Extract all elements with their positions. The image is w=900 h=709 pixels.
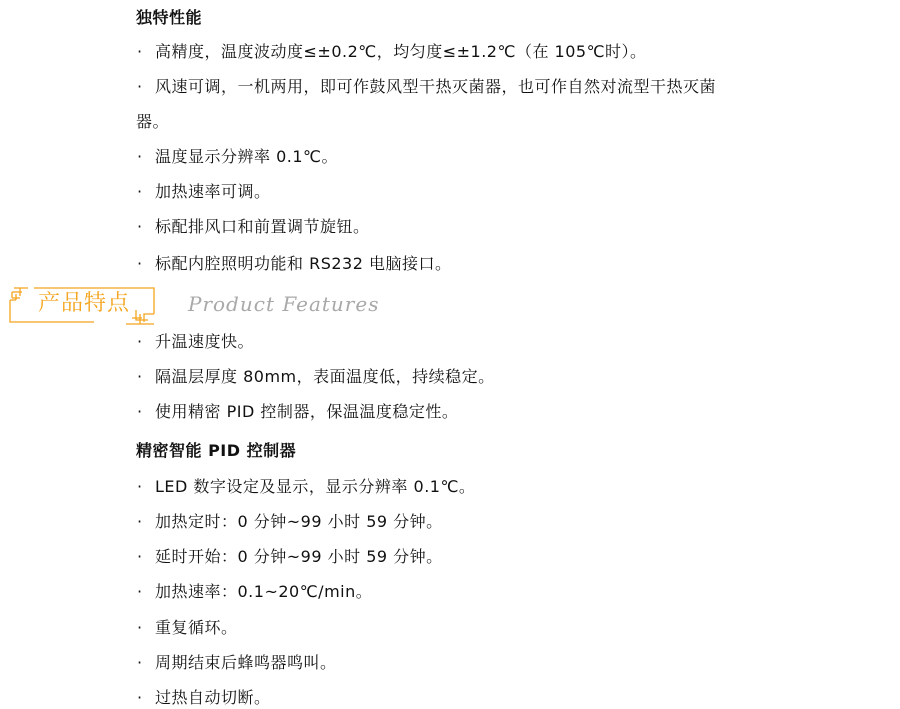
badge-label-cn: 产品特点 (38, 291, 130, 317)
list-item-text: 风速可调，一机两用，即可作鼓风型干热灭菌器，也可作自然对流型干热灭菌 (155, 77, 716, 96)
bullet-icon: · (137, 182, 155, 202)
list-item: ·标配内腔照明功能和 RS232 电脑接口。 (137, 254, 452, 274)
list-item: ·温度显示分辨率 0.1℃。 (137, 147, 338, 167)
bullet-icon: · (137, 147, 155, 167)
list-item: ·重复循环。 (137, 618, 238, 638)
list-item-text: LED 数字设定及显示，显示分辨率 0.1℃。 (155, 477, 475, 496)
list-item-text: 标配内腔照明功能和 RS232 电脑接口。 (155, 254, 452, 273)
list-item-text: 过热自动切断。 (155, 688, 271, 707)
bullet-icon: · (137, 512, 155, 532)
list-item: ·加热速率：0.1~20℃/min。 (137, 582, 372, 602)
list-item: ·过热自动切断。 (137, 688, 271, 708)
bullet-icon: · (137, 477, 155, 497)
list-item-text: 隔温层厚度 80mm，表面温度低，持续稳定。 (155, 367, 495, 386)
bullet-icon: · (137, 367, 155, 387)
list-item-text: 标配排风口和前置调节旋钮。 (155, 217, 370, 236)
list-item: ·使用精密 PID 控制器，保温温度稳定性。 (137, 402, 458, 422)
list-item: ·周期结束后蜂鸣器鸣叫。 (137, 653, 337, 673)
list-item: ·风速可调，一机两用，即可作鼓风型干热灭菌器，也可作自然对流型干热灭菌 (137, 77, 716, 97)
list-item-text: 加热速率：0.1~20℃/min。 (155, 582, 372, 601)
list-item-text: 高精度，温度波动度≤±0.2℃，均匀度≤±1.2℃（在 105℃时）。 (155, 42, 647, 61)
bullet-icon: · (137, 254, 155, 274)
section-title-pid-controller: 精密智能 PID 控制器 (136, 441, 296, 461)
bullet-icon: · (137, 618, 155, 638)
bullet-icon: · (137, 547, 155, 567)
list-item-text: 重复循环。 (155, 618, 238, 637)
bullet-icon: · (137, 582, 155, 602)
bullet-icon: · (137, 653, 155, 673)
bullet-icon: · (137, 42, 155, 62)
list-item: ·标配排风口和前置调节旋钮。 (137, 217, 370, 237)
list-item: ·高精度，温度波动度≤±0.2℃，均匀度≤±1.2℃（在 105℃时）。 (137, 42, 647, 62)
list-item-text: 使用精密 PID 控制器，保温温度稳定性。 (155, 402, 458, 421)
list-item-text: 周期结束后蜂鸣器鸣叫。 (155, 653, 337, 672)
list-item-continuation: 器。 (136, 112, 169, 132)
list-item-text: 加热定时：0 分钟~99 小时 59 分钟。 (155, 512, 443, 531)
list-item-text: 加热速率可调。 (155, 182, 271, 201)
list-item-text: 温度显示分辨率 0.1℃。 (155, 147, 338, 166)
bullet-icon: · (137, 217, 155, 237)
bullet-icon: · (137, 402, 155, 422)
list-item-text: 器。 (136, 112, 169, 131)
bullet-icon: · (137, 77, 155, 97)
bullet-icon: · (137, 688, 155, 708)
product-features-badge: 产品特点 (8, 286, 156, 324)
list-item: ·延时开始：0 分钟~99 小时 59 分钟。 (137, 547, 443, 567)
list-item-text: 升温速度快。 (155, 332, 254, 351)
list-item-text: 延时开始：0 分钟~99 小时 59 分钟。 (155, 547, 443, 566)
list-item: ·升温速度快。 (137, 332, 254, 352)
list-item: ·LED 数字设定及显示，显示分辨率 0.1℃。 (137, 477, 475, 497)
bullet-icon: · (137, 332, 155, 352)
list-item: ·隔温层厚度 80mm，表面温度低，持续稳定。 (137, 367, 495, 387)
list-item: ·加热定时：0 分钟~99 小时 59 分钟。 (137, 512, 443, 532)
list-item: ·加热速率可调。 (137, 182, 271, 202)
section-title-unique-performance: 独特性能 (136, 8, 202, 28)
badge-label-en: Product Features (188, 292, 379, 316)
